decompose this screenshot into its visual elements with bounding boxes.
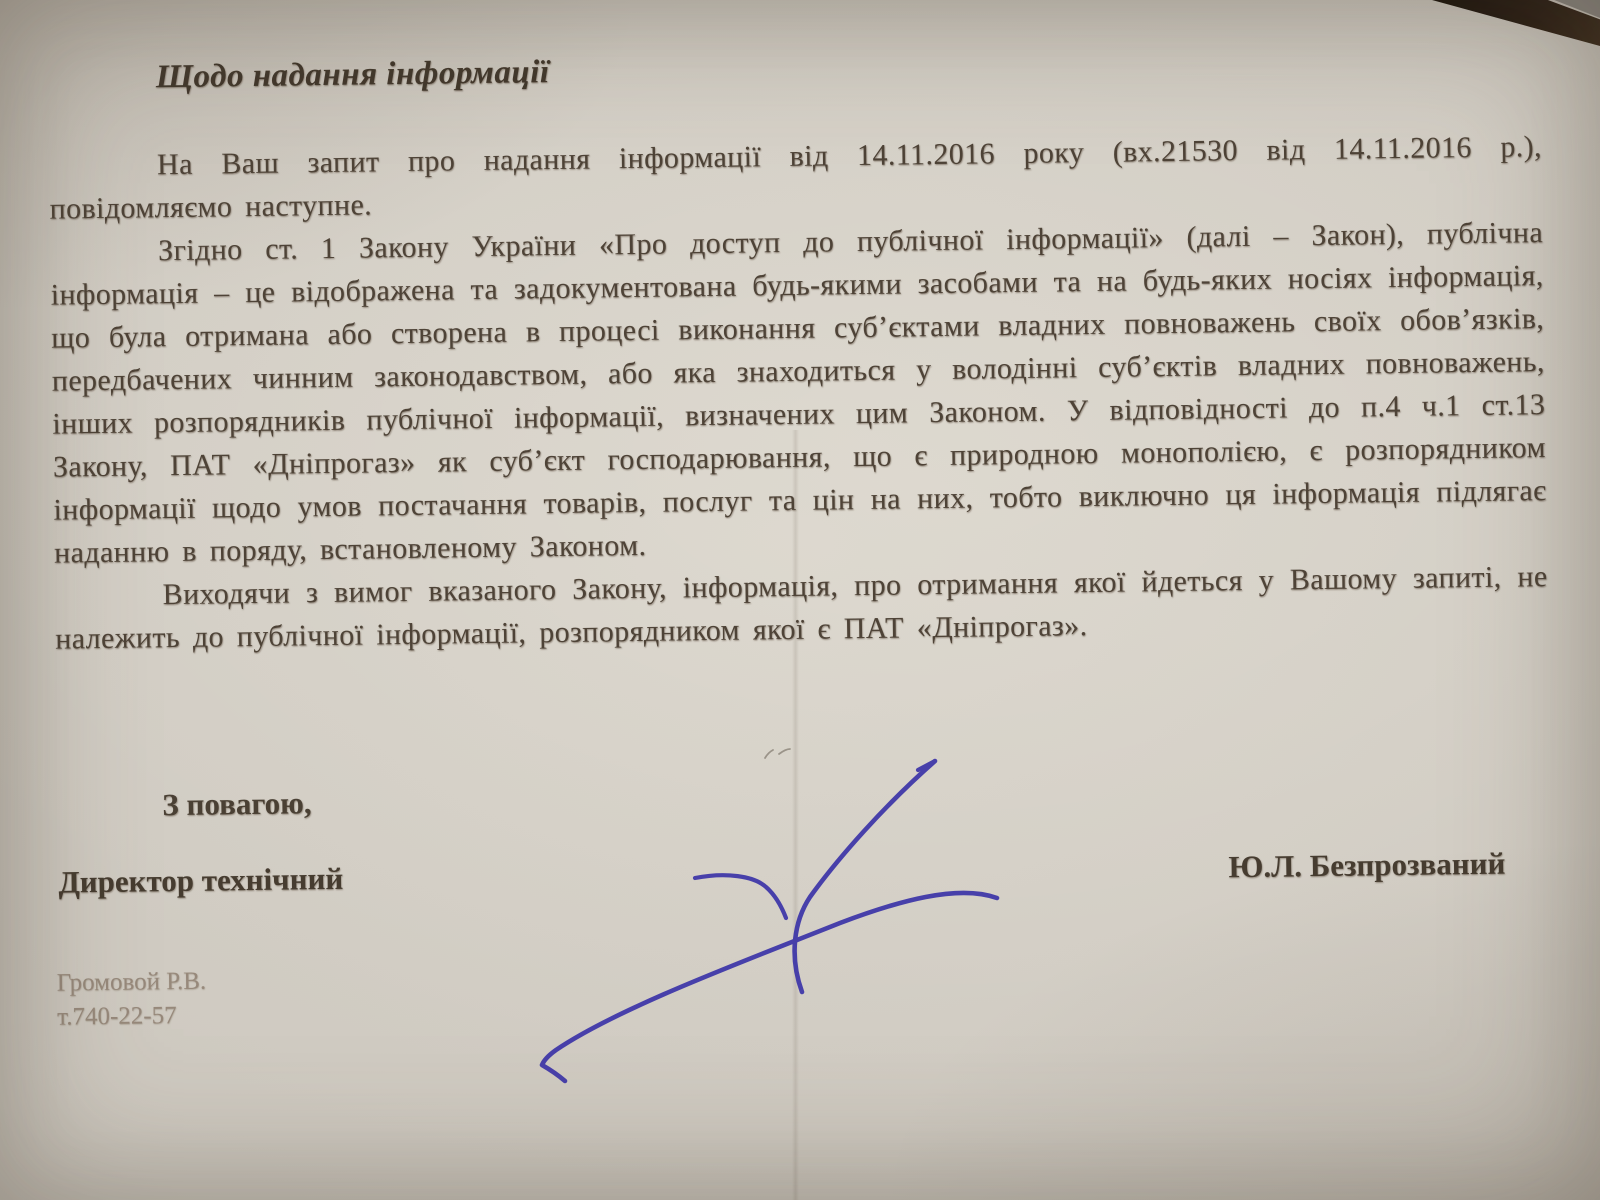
document-photo: Щодо надання інформації На Ваш запит про… <box>0 0 1600 1200</box>
contact-name: Громовой Р.В. <box>57 965 207 1001</box>
letter-subject: Щодо надання інформації <box>156 39 1541 97</box>
signature-block: Директор технічний Ю.Л. Безпрозваний <box>58 846 1505 901</box>
letter-paragraph: Згідно ст. 1 Закону України «Про доступ … <box>50 211 1547 575</box>
contact-phone: т.740-22-57 <box>57 999 207 1035</box>
letter-paragraph: Виходячи з вимог вказаного Закону, інфор… <box>54 555 1548 661</box>
signer-title: Директор технічний <box>58 861 343 901</box>
letter-body: Щодо надання інформації На Ваш запит про… <box>48 39 1549 660</box>
signer-name: Ю.Л. Безпрозваний <box>1228 846 1505 886</box>
letter-page: Щодо надання інформації На Ваш запит про… <box>0 0 1600 1200</box>
closing-salutation: З повагою, <box>162 785 312 823</box>
contact-block: Громовой Р.В. т.740-22-57 <box>57 965 207 1035</box>
